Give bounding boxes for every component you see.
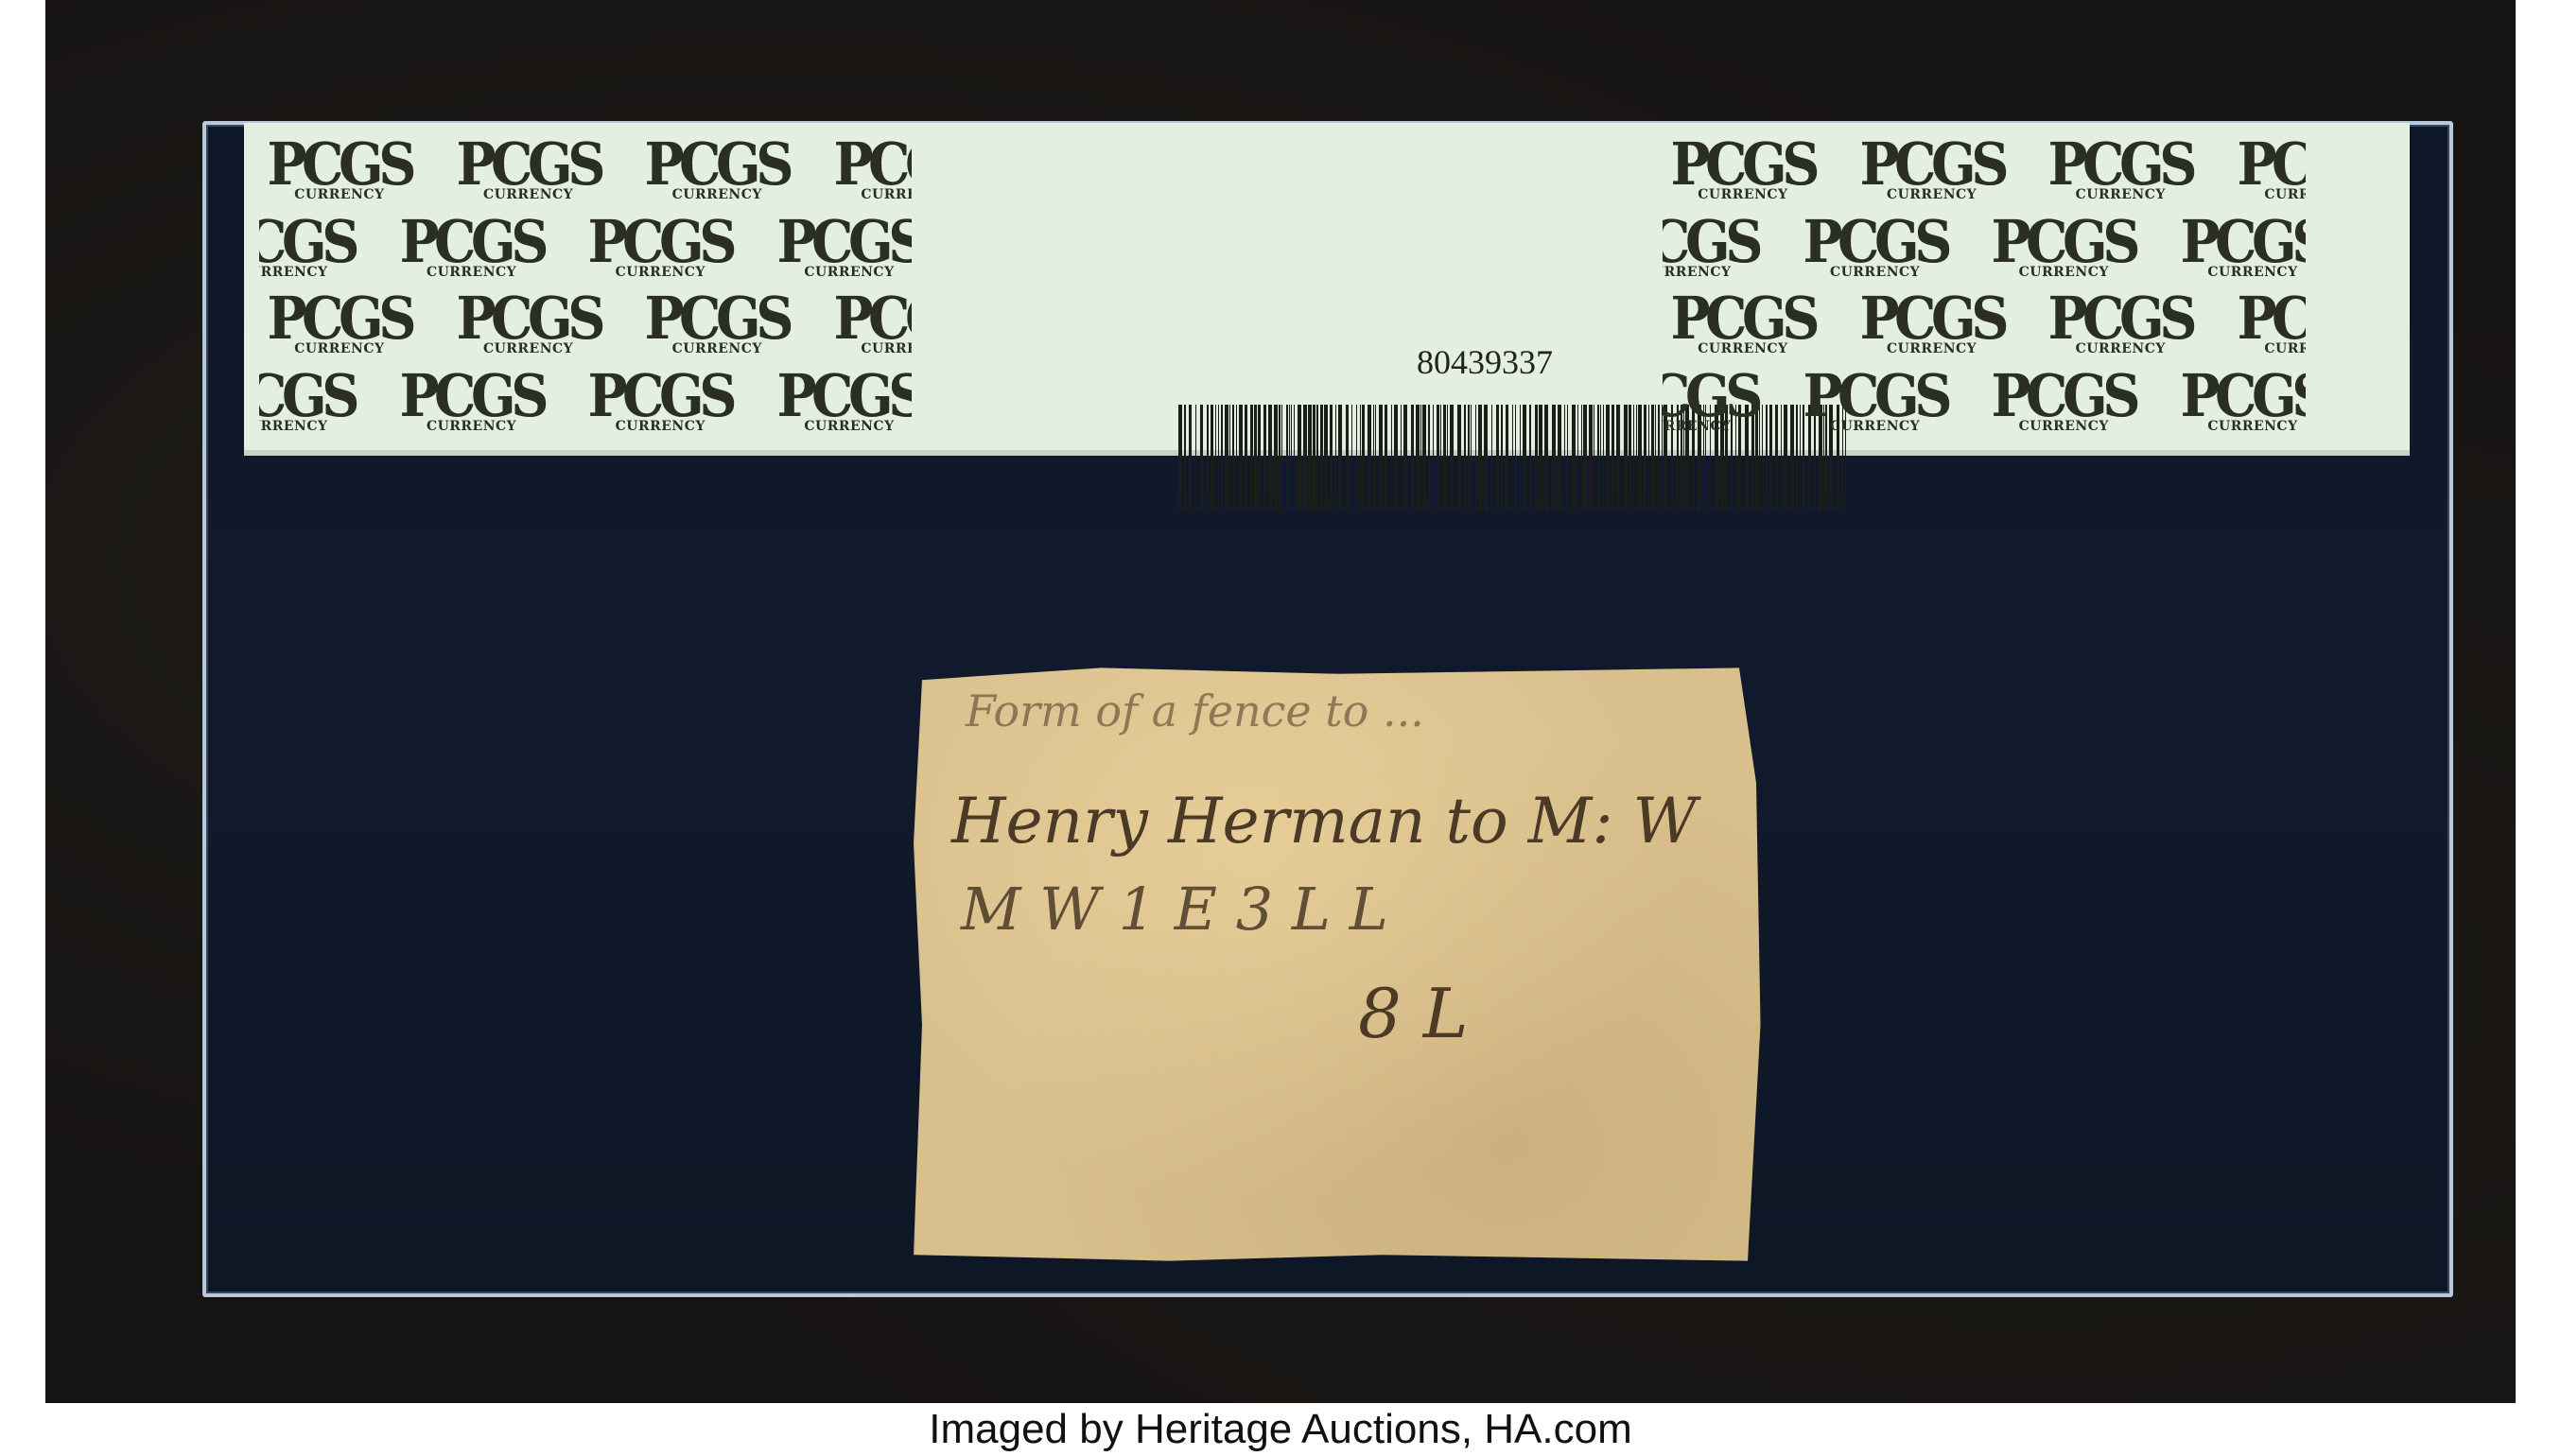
pcgs-logo: PCGSCURRENCY — [636, 140, 797, 201]
pcgs-logo: PCGSCURRENCY — [2172, 217, 2306, 279]
pattern-row: PCGSCURRENCYPCGSCURRENCYPCGSCURRENCYPCGS… — [259, 372, 912, 433]
pcgs-logo: PCGSCURRENCY — [392, 217, 552, 279]
pattern-row: PCGSCURRENCYPCGSCURRENCYPCGSCURRENCYPCGS… — [259, 294, 912, 355]
pcgs-logo: PCGSCURRENCY — [2229, 140, 2306, 201]
handwriting-line: M W 1 E 3 L L — [961, 875, 1388, 944]
pcgs-logo: PCGSCURRENCY — [1983, 217, 2144, 279]
image-credit-caption: Imaged by Heritage Auctions, HA.com — [0, 1403, 2561, 1456]
pcgs-logo: PCGSCURRENCY — [2229, 294, 2306, 355]
pcgs-logo: PCGSCURRENCY — [826, 140, 912, 201]
handwriting-line: 8 L — [1358, 974, 1469, 1053]
pcgs-pattern-left: PCGSCURRENCYPCGSCURRENCYPCGSCURRENCYPCGS… — [259, 132, 912, 441]
pcgs-logo: PCGSCURRENCY — [826, 294, 912, 355]
holder-label: PCGSCURRENCYPCGSCURRENCYPCGSCURRENCYPCGS… — [244, 123, 2410, 450]
pattern-row: PCGSCURRENCYPCGSCURRENCYPCGSCURRENCYPCGS… — [259, 140, 912, 201]
pcgs-logo: PCGSCURRENCY — [1795, 372, 1956, 433]
pcgs-logo: PCGSCURRENCY — [2172, 372, 2306, 433]
pattern-row: PCGSCURRENCYPCGSCURRENCYPCGSCURRENCYPCGS… — [1663, 140, 2306, 201]
pcgs-logo: PCGSCURRENCY — [2040, 294, 2201, 355]
pcgs-logo: PCGSCURRENCY — [2040, 140, 2201, 201]
pcgs-logo: PCGSCURRENCY — [392, 372, 552, 433]
pcgs-logo: PCGSCURRENCY — [259, 294, 420, 355]
pcgs-logo: PCGSCURRENCY — [580, 217, 740, 279]
pcgs-logo: PCGSCURRENCY — [1663, 217, 1767, 279]
pcgs-pattern-right: PCGSCURRENCYPCGSCURRENCYPCGSCURRENCYPCGS… — [1663, 132, 2306, 441]
pcgs-logo: PCGSCURRENCY — [1983, 372, 2144, 433]
pcgs-logo: PCGSCURRENCY — [259, 140, 420, 201]
pattern-row: PCGSCURRENCYPCGSCURRENCYPCGSCURRENCYPCGS… — [1663, 217, 2306, 279]
pcgs-logo: PCGSCURRENCY — [1663, 294, 1823, 355]
pattern-row: PCGSCURRENCYPCGSCURRENCYPCGSCURRENCYPCGS… — [1663, 294, 2306, 355]
photograph: PCGSCURRENCYPCGSCURRENCYPCGSCURRENCYPCGS… — [45, 0, 2516, 1403]
pcgs-logo: PCGSCURRENCY — [636, 294, 797, 355]
currency-note: Form of a fence to ... Henry Herman to M… — [914, 662, 1765, 1267]
pcgs-logo: PCGSCURRENCY — [259, 372, 363, 433]
pcgs-logo: PCGSCURRENCY — [1852, 294, 2012, 355]
pattern-row: PCGSCURRENCYPCGSCURRENCYPCGSCURRENCYPCGS… — [259, 217, 912, 279]
pcgs-logo: PCGSCURRENCY — [1795, 217, 1956, 279]
pcgs-logo: PCGSCURRENCY — [769, 217, 912, 279]
pcgs-logo: PCGSCURRENCY — [1852, 140, 2012, 201]
pcgs-logo: PCGSCURRENCY — [448, 140, 609, 201]
pcgs-logo: PCGSCURRENCY — [1663, 372, 1767, 433]
pcgs-logo: PCGSCURRENCY — [259, 217, 363, 279]
handwriting-line: Form of a fence to ... — [966, 685, 1424, 737]
pattern-row: PCGSCURRENCYPCGSCURRENCYPCGSCURRENCYPCGS… — [1663, 372, 2306, 433]
pcgs-logo: PCGSCURRENCY — [769, 372, 912, 433]
certification-number: 80439337 — [1417, 342, 1553, 382]
pcgs-logo: PCGSCURRENCY — [448, 294, 609, 355]
pcgs-logo: PCGSCURRENCY — [1663, 140, 1823, 201]
handwriting-line: Henry Herman to M: W — [951, 785, 1697, 858]
pcgs-logo: PCGSCURRENCY — [580, 372, 740, 433]
